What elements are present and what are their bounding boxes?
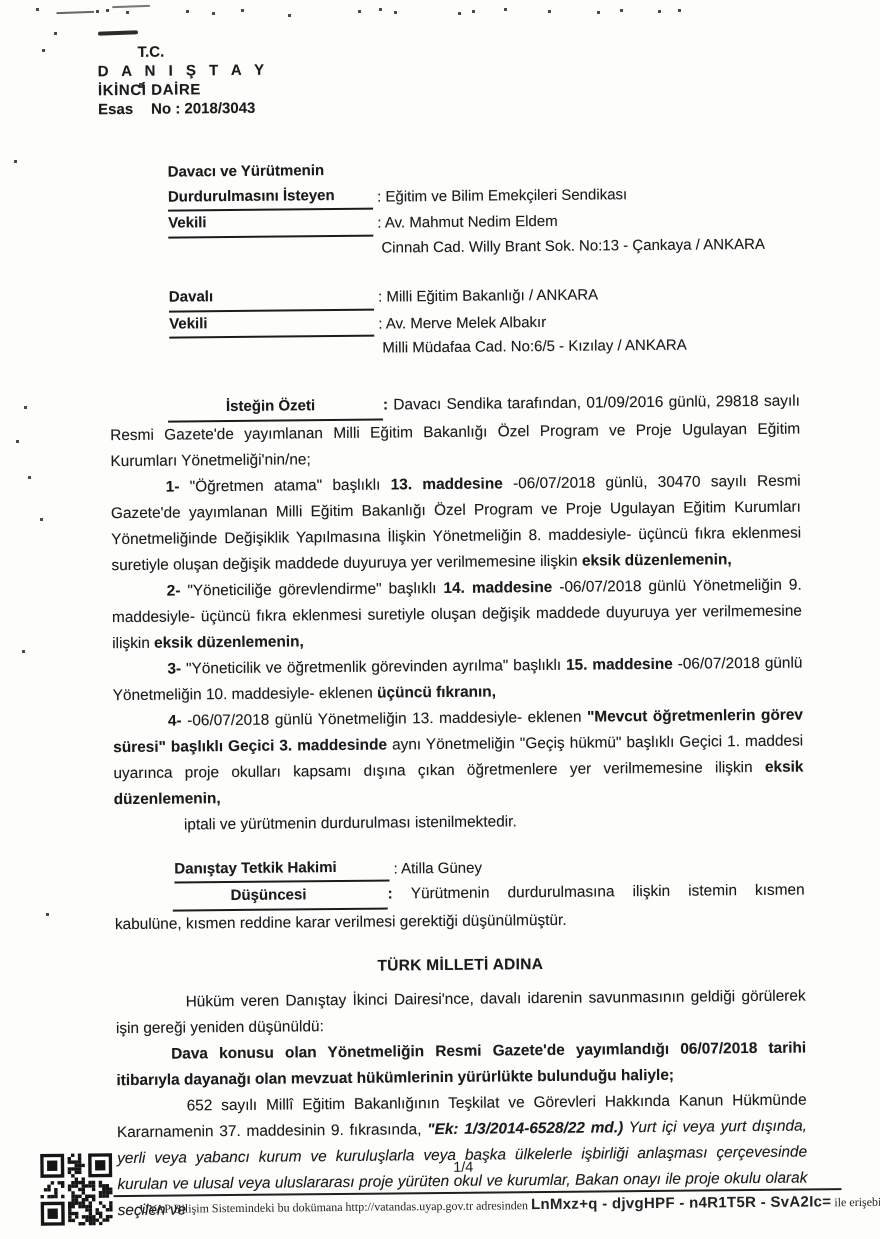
summary-item-2: 2- "Yöneticiliğe görevlendirme" başlıklı… — [112, 572, 803, 657]
qr-code — [40, 1153, 113, 1226]
decision-paragraph-1: Hüküm veren Danıştay İkinci Dairesi'nce,… — [116, 984, 806, 1043]
court-header: T.C. D A N I Ş T A Y İKİNCİ DAİRE EsasNo… — [97, 37, 797, 120]
plaintiff-block: Davacı ve Yürütmenin Durdurulmasını İste… — [108, 155, 799, 264]
plaintiff-label-line1: Davacı ve Yürütmenin — [168, 159, 373, 185]
footer-suffix: ile erişebilirsiniz. — [831, 1194, 880, 1209]
summary-item-3: 3- "Yöneticilik ve öğretmenlik görevinde… — [112, 650, 802, 709]
examiner-opinion-label: Düşüncesi — [173, 882, 388, 912]
summary-intro-paragraph: İsteğin Özeti: Davacı Sendika tarafından… — [110, 388, 801, 475]
summary-label: İsteğin Özeti — [168, 392, 383, 422]
case-number-value: No : 2018/3043 — [151, 100, 255, 118]
defendant-attorney-address: Milli Müdafaa Cad. No:6/5 - Kızılay / AN… — [382, 333, 799, 362]
plaintiff-attorney-label: Vekili — [168, 210, 373, 238]
plaintiff-attorney-name: : Av. Mahmut Nedim Eldem — [377, 213, 558, 232]
summary-item-1: 1- "Öğretmen atama" başlıklı 13. maddesi… — [111, 468, 802, 579]
examiner-opinion-paragraph: Düşüncesi: Yürütmenin durdurulmasına ili… — [115, 878, 805, 939]
defendant-attorney-name: : Av. Merve Melek Albakır — [378, 313, 546, 332]
defendant-label: Davalı — [169, 284, 374, 312]
verification-code: LnMxz+q - djvgHPF - n4R1T5R - SvA2Ic= — [531, 1193, 831, 1213]
decision-paragraph-2: Dava konusu olan Yönetmeliğin Resmi Gaze… — [116, 1036, 806, 1095]
plaintiff-label-line2: Durdurulmasını İsteyen — [168, 183, 373, 211]
document-content: T.C. D A N I Ş T A Y İKİNCİ DAİRE EsasNo… — [0, 0, 880, 1239]
decision-heading: TÜRK MİLLETİ ADINA — [115, 954, 805, 979]
case-number-label: Esas — [98, 101, 133, 118]
examiner-name: : Atilla Güney — [393, 859, 482, 877]
defendant-name: : Milli Eğitim Bakanlığı / ANKARA — [378, 286, 598, 305]
footer-prefix: UYAP Bilişim Sistemindeki bu dokümana ht… — [140, 1198, 532, 1216]
defendant-block: Davalı : Milli Eğitim Bakanlığı / ANKARA… — [109, 280, 800, 364]
examiner-label: Danıştay Tetkik Hakimi — [174, 855, 389, 884]
defendant-attorney-label: Vekili — [169, 310, 374, 338]
scanned-court-document: T.C. D A N I Ş T A Y İKİNCİ DAİRE EsasNo… — [0, 0, 880, 1239]
plaintiff-attorney-address: Cinnah Cad. Willy Brant Sok. No:13 - Çan… — [381, 232, 798, 261]
plaintiff-name: : Eğitim ve Bilim Emekçileri Sendikası — [377, 186, 627, 205]
summary-item-4: 4- -06/07/2018 günlü Yönetmeliğin 13. ma… — [113, 702, 804, 813]
